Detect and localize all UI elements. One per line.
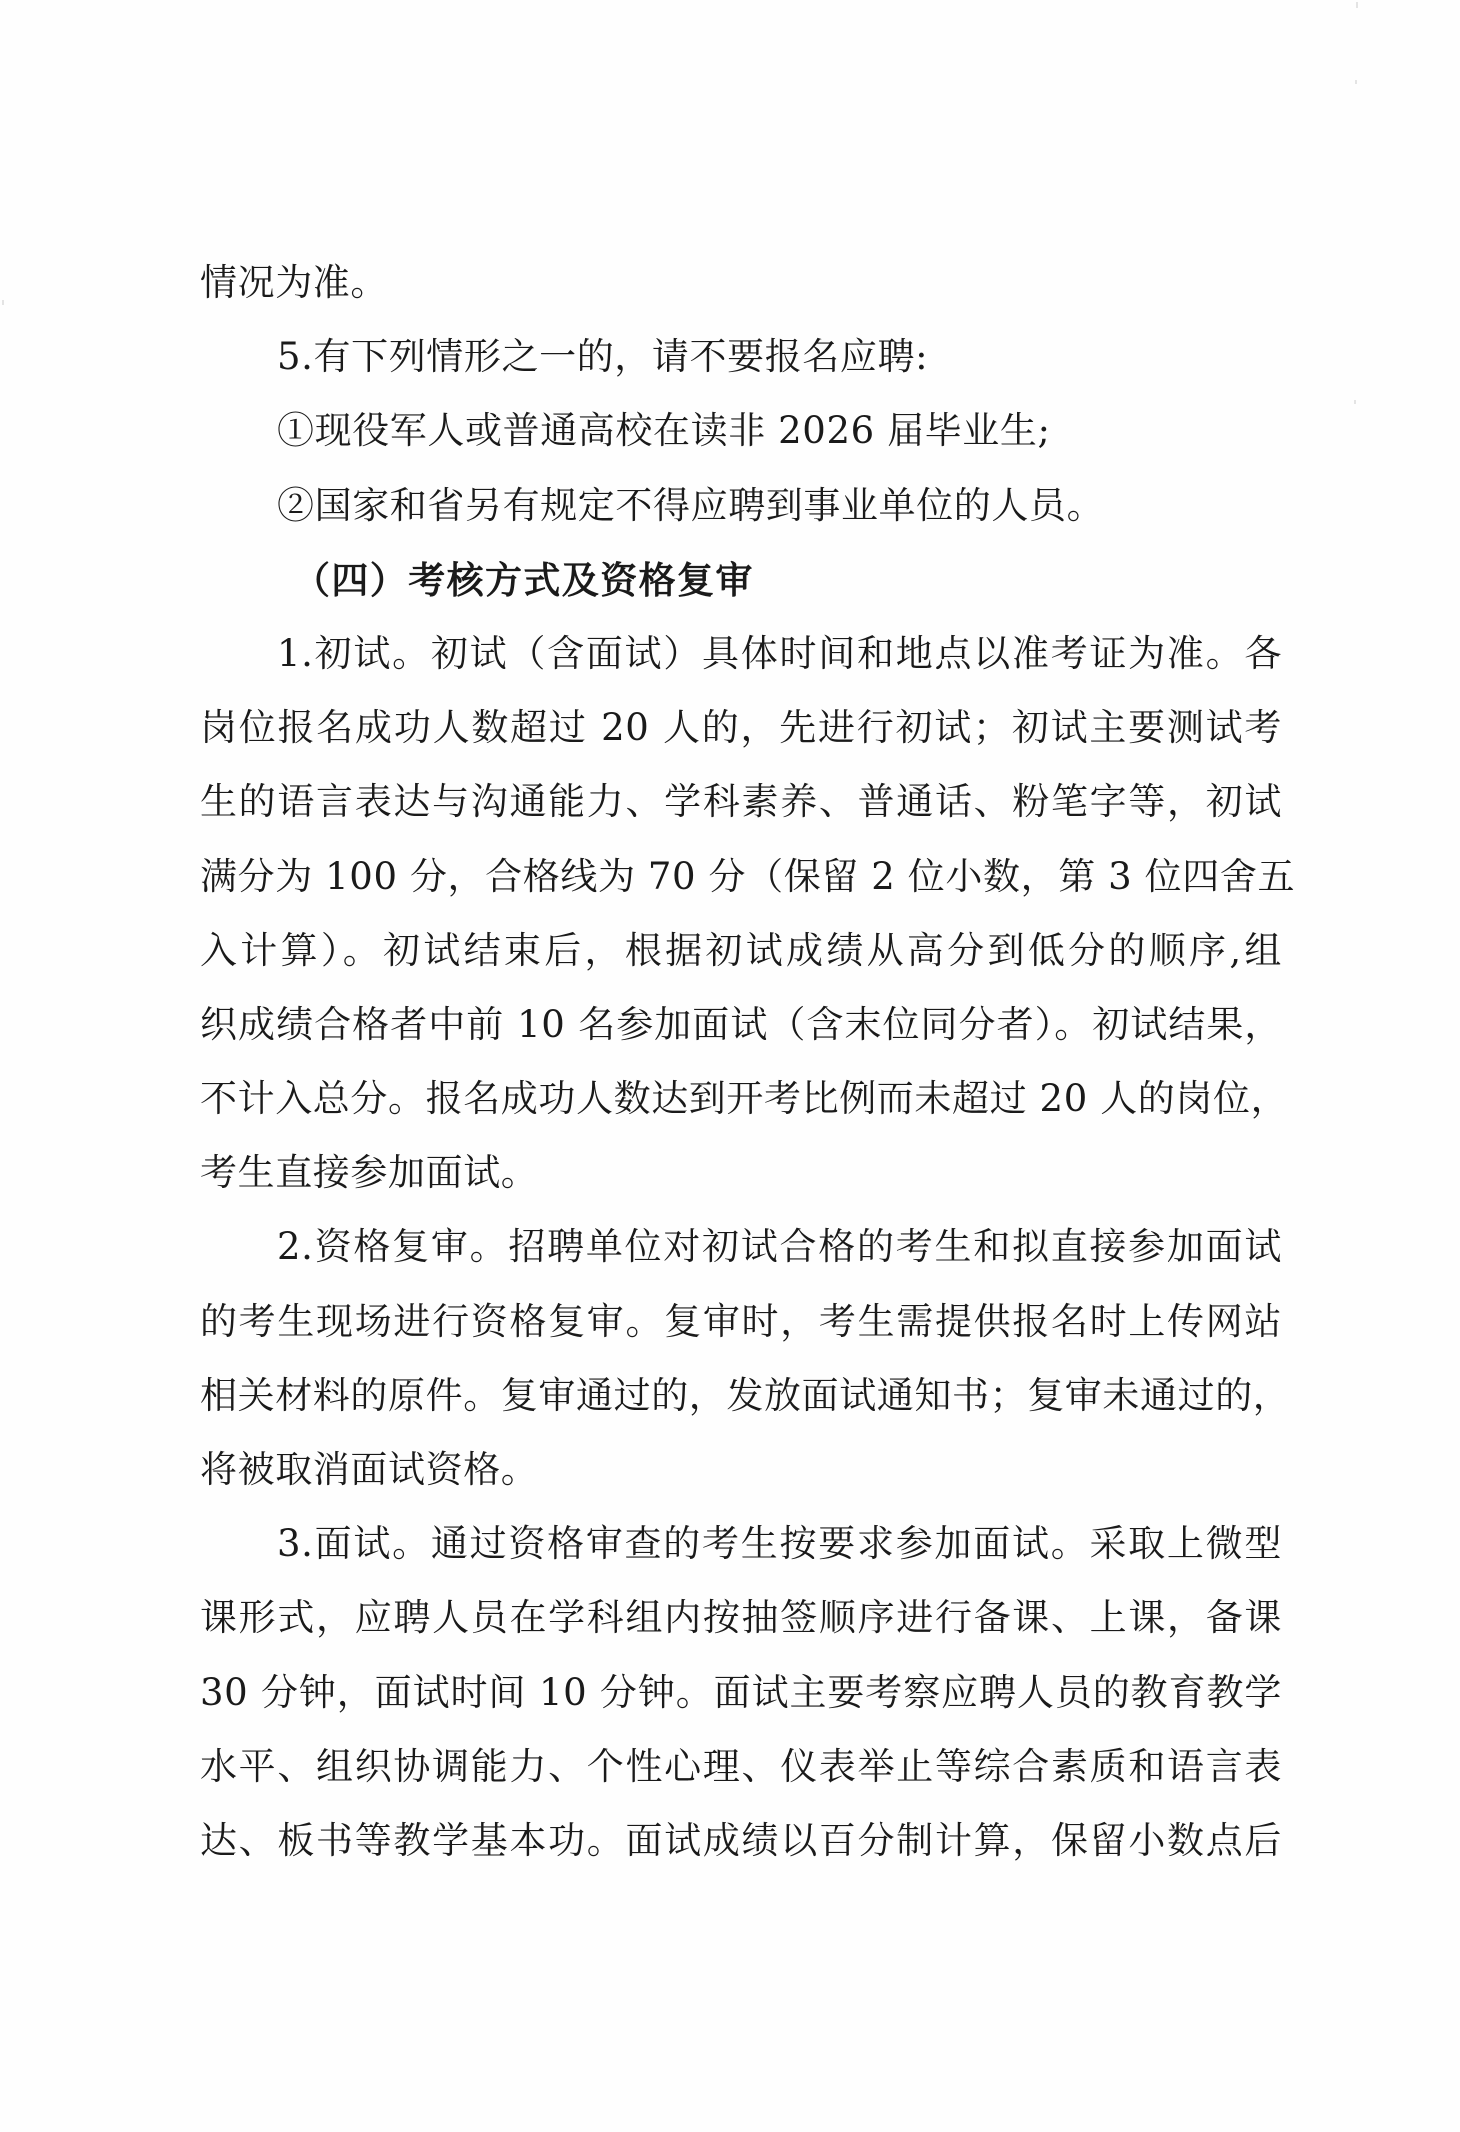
paragraph-line: 1.初试。初试（含面试）具体时间和地点以准考证为准。各 bbox=[200, 617, 1282, 691]
paragraph-line: 不计入总分。报名成功人数达到开考比例而未超过 20 人的岗位， bbox=[200, 1062, 1282, 1136]
paragraph-line: 水平、组织协调能力、个性心理、仪表举止等综合素质和语言表 bbox=[200, 1730, 1282, 1804]
paragraph-line: 的考生现场进行资格复审。复审时，考生需提供报名时上传网站 bbox=[200, 1285, 1282, 1359]
document-body: 情况为准。 5.有下列情形之一的，请不要报名应聘: ①现役军人或普通高校在读非 … bbox=[200, 246, 1282, 1878]
list-item: ②国家和省另有规定不得应聘到事业单位的人员。 bbox=[200, 469, 1282, 543]
paragraph-line: 达、板书等教学基本功。面试成绩以百分制计算，保留小数点后 bbox=[200, 1804, 1282, 1878]
scan-artifact bbox=[2, 300, 4, 305]
scan-artifact bbox=[1355, 80, 1357, 84]
document-page: 情况为准。 5.有下列情形之一的，请不要报名应聘: ①现役军人或普通高校在读非 … bbox=[0, 0, 1460, 2132]
paragraph-line: 考生直接参加面试。 bbox=[200, 1136, 1282, 1210]
paragraph-line: 入计算）。初试结束后，根据初试成绩从高分到低分的顺序,组 bbox=[200, 914, 1282, 988]
paragraph-line: 3.面试。通过资格审查的考生按要求参加面试。采取上微型 bbox=[200, 1507, 1282, 1581]
scan-artifact bbox=[1356, 2, 1358, 8]
paragraph-line: 生的语言表达与沟通能力、学科素养、普通话、粉笔字等，初试 bbox=[200, 765, 1282, 839]
paragraph-line: 织成绩合格者中前 10 名参加面试（含末位同分者）。初试结果， bbox=[200, 988, 1282, 1062]
paragraph-line: 情况为准。 bbox=[200, 246, 1282, 320]
paragraph-line: 30 分钟，面试时间 10 分钟。面试主要考察应聘人员的教育教学 bbox=[200, 1656, 1282, 1730]
paragraph-line: 岗位报名成功人数超过 20 人的，先进行初试；初试主要测试考 bbox=[200, 691, 1282, 765]
paragraph-line: 满分为 100 分，合格线为 70 分（保留 2 位小数，第 3 位四舍五 bbox=[200, 840, 1282, 914]
list-item-intro: 5.有下列情形之一的，请不要报名应聘: bbox=[200, 320, 1282, 394]
section-heading: （四）考核方式及资格复审 bbox=[200, 543, 1282, 617]
paragraph-line: 课形式，应聘人员在学科组内按抽签顺序进行备课、上课，备课 bbox=[200, 1581, 1282, 1655]
paragraph-line: 相关材料的原件。复审通过的，发放面试通知书；复审未通过的， bbox=[200, 1359, 1282, 1433]
paragraph-line: 2.资格复审。招聘单位对初试合格的考生和拟直接参加面试 bbox=[200, 1210, 1282, 1284]
list-item: ①现役军人或普通高校在读非 2026 届毕业生; bbox=[200, 394, 1282, 468]
paragraph-line: 将被取消面试资格。 bbox=[200, 1433, 1282, 1507]
scan-artifact bbox=[1354, 400, 1356, 404]
